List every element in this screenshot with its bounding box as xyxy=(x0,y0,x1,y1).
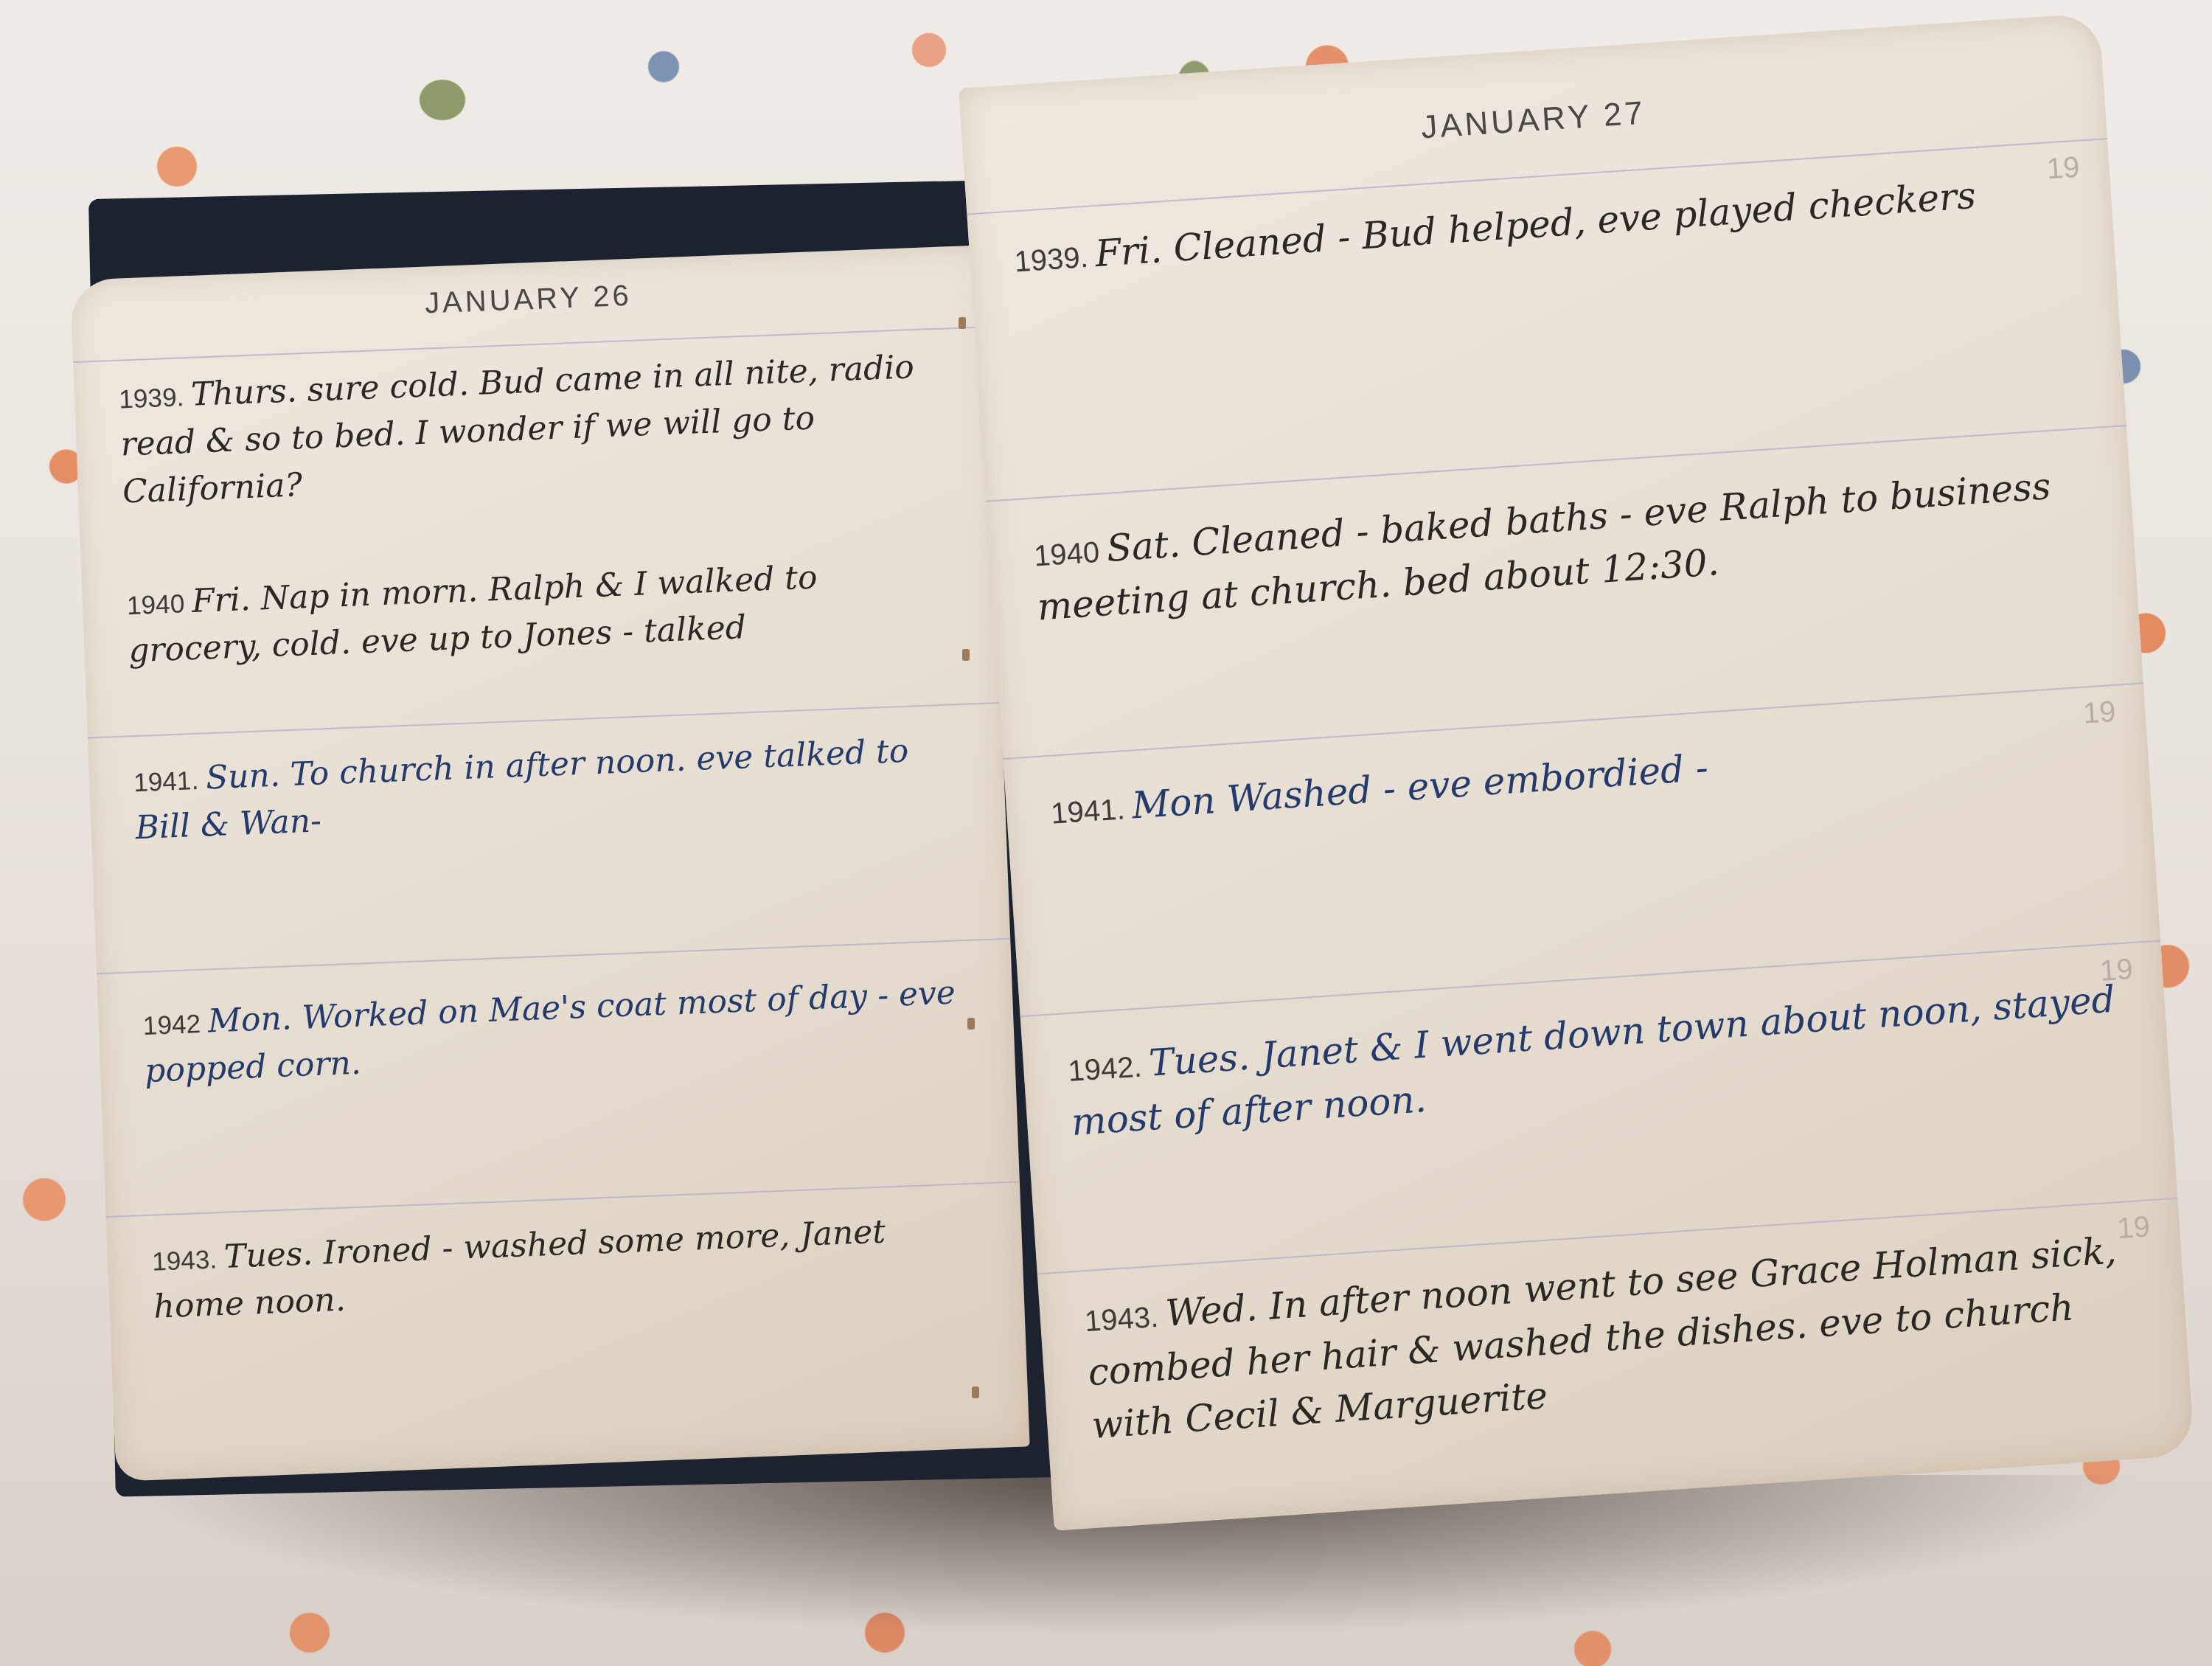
diary-entry-1943: 1943.Tues. Ironed - washed some more, Ja… xyxy=(151,1204,987,1330)
entry-year: 1940 xyxy=(1033,536,1101,573)
diary-entry-1942: 1942Mon. Worked on Mae's coat most of da… xyxy=(142,969,978,1095)
entry-text: Fri. Nap in morn. Ralph & I walked to gr… xyxy=(128,558,818,670)
diary-page-right: JANUARY 27 19 1939.Fri. Cleaned - Bud he… xyxy=(959,13,2194,1530)
diary-entry-1942: 1942.Tues. Janet & I went down town abou… xyxy=(1066,972,2132,1149)
ruled-line xyxy=(97,938,1010,975)
binding-stitch xyxy=(959,317,966,329)
entry-text: Wed. In after noon went to see Grace Hol… xyxy=(1087,1229,2118,1446)
entry-text: Sun. To church in after noon. eve talked… xyxy=(135,732,910,847)
entry-year: 1942 xyxy=(142,1010,201,1041)
diary-entry-1939: 1939.Fri. Cleaned - Bud helped, eve play… xyxy=(1012,162,2076,286)
entry-year: 1942. xyxy=(1067,1050,1143,1088)
entry-text: Mon Washed - eve embordied - xyxy=(1130,746,1709,827)
binding-stitch xyxy=(967,1018,975,1030)
entry-year: 1943. xyxy=(151,1245,217,1276)
entry-year: 1940 xyxy=(126,589,185,620)
page-date-header: JANUARY 27 xyxy=(962,64,2105,177)
entry-year: 1941. xyxy=(133,766,198,797)
entry-text: Tues. Ironed - washed some more, Janet h… xyxy=(153,1213,886,1326)
entry-year: 1939. xyxy=(119,383,184,414)
diary-entry-1943: 1943.Wed. In after noon went to see Grac… xyxy=(1083,1222,2153,1452)
entry-text: Thurs. sure cold. Bud came in all nite, … xyxy=(120,348,915,510)
entry-text: Mon. Worked on Mae's coat most of day - … xyxy=(144,974,956,1090)
diary-entry-1939: 1939.Thurs. sure cold. Bud came in all n… xyxy=(118,342,956,516)
entry-year: 1943. xyxy=(1084,1301,1160,1339)
diary-page-left: JANUARY 26 1939.Thurs. sure cold. Bud ca… xyxy=(70,245,1030,1481)
entry-text: Fri. Cleaned - Bud helped, eve played ch… xyxy=(1093,174,1977,275)
entry-text: Sat. Cleaned - baked baths - eve Ralph t… xyxy=(1036,465,2052,628)
diary-entry-1940: 1940Fri. Nap in morn. Ralph & I walked t… xyxy=(126,549,962,675)
diary-entry-1940: 1940Sat. Cleaned - baked baths - eve Ral… xyxy=(1032,457,2098,634)
page-date-header: JANUARY 26 xyxy=(71,265,986,334)
diary-entry-1941: 1941.Mon Washed - eve embordied - xyxy=(1049,715,2112,839)
entry-year: 1939. xyxy=(1013,241,1089,279)
entry-year: 1941. xyxy=(1050,793,1126,830)
diary-entry-1941: 1941.Sun. To church in after noon. eve t… xyxy=(133,726,969,852)
binding-stitch xyxy=(972,1386,979,1398)
binding-stitch xyxy=(962,649,970,661)
